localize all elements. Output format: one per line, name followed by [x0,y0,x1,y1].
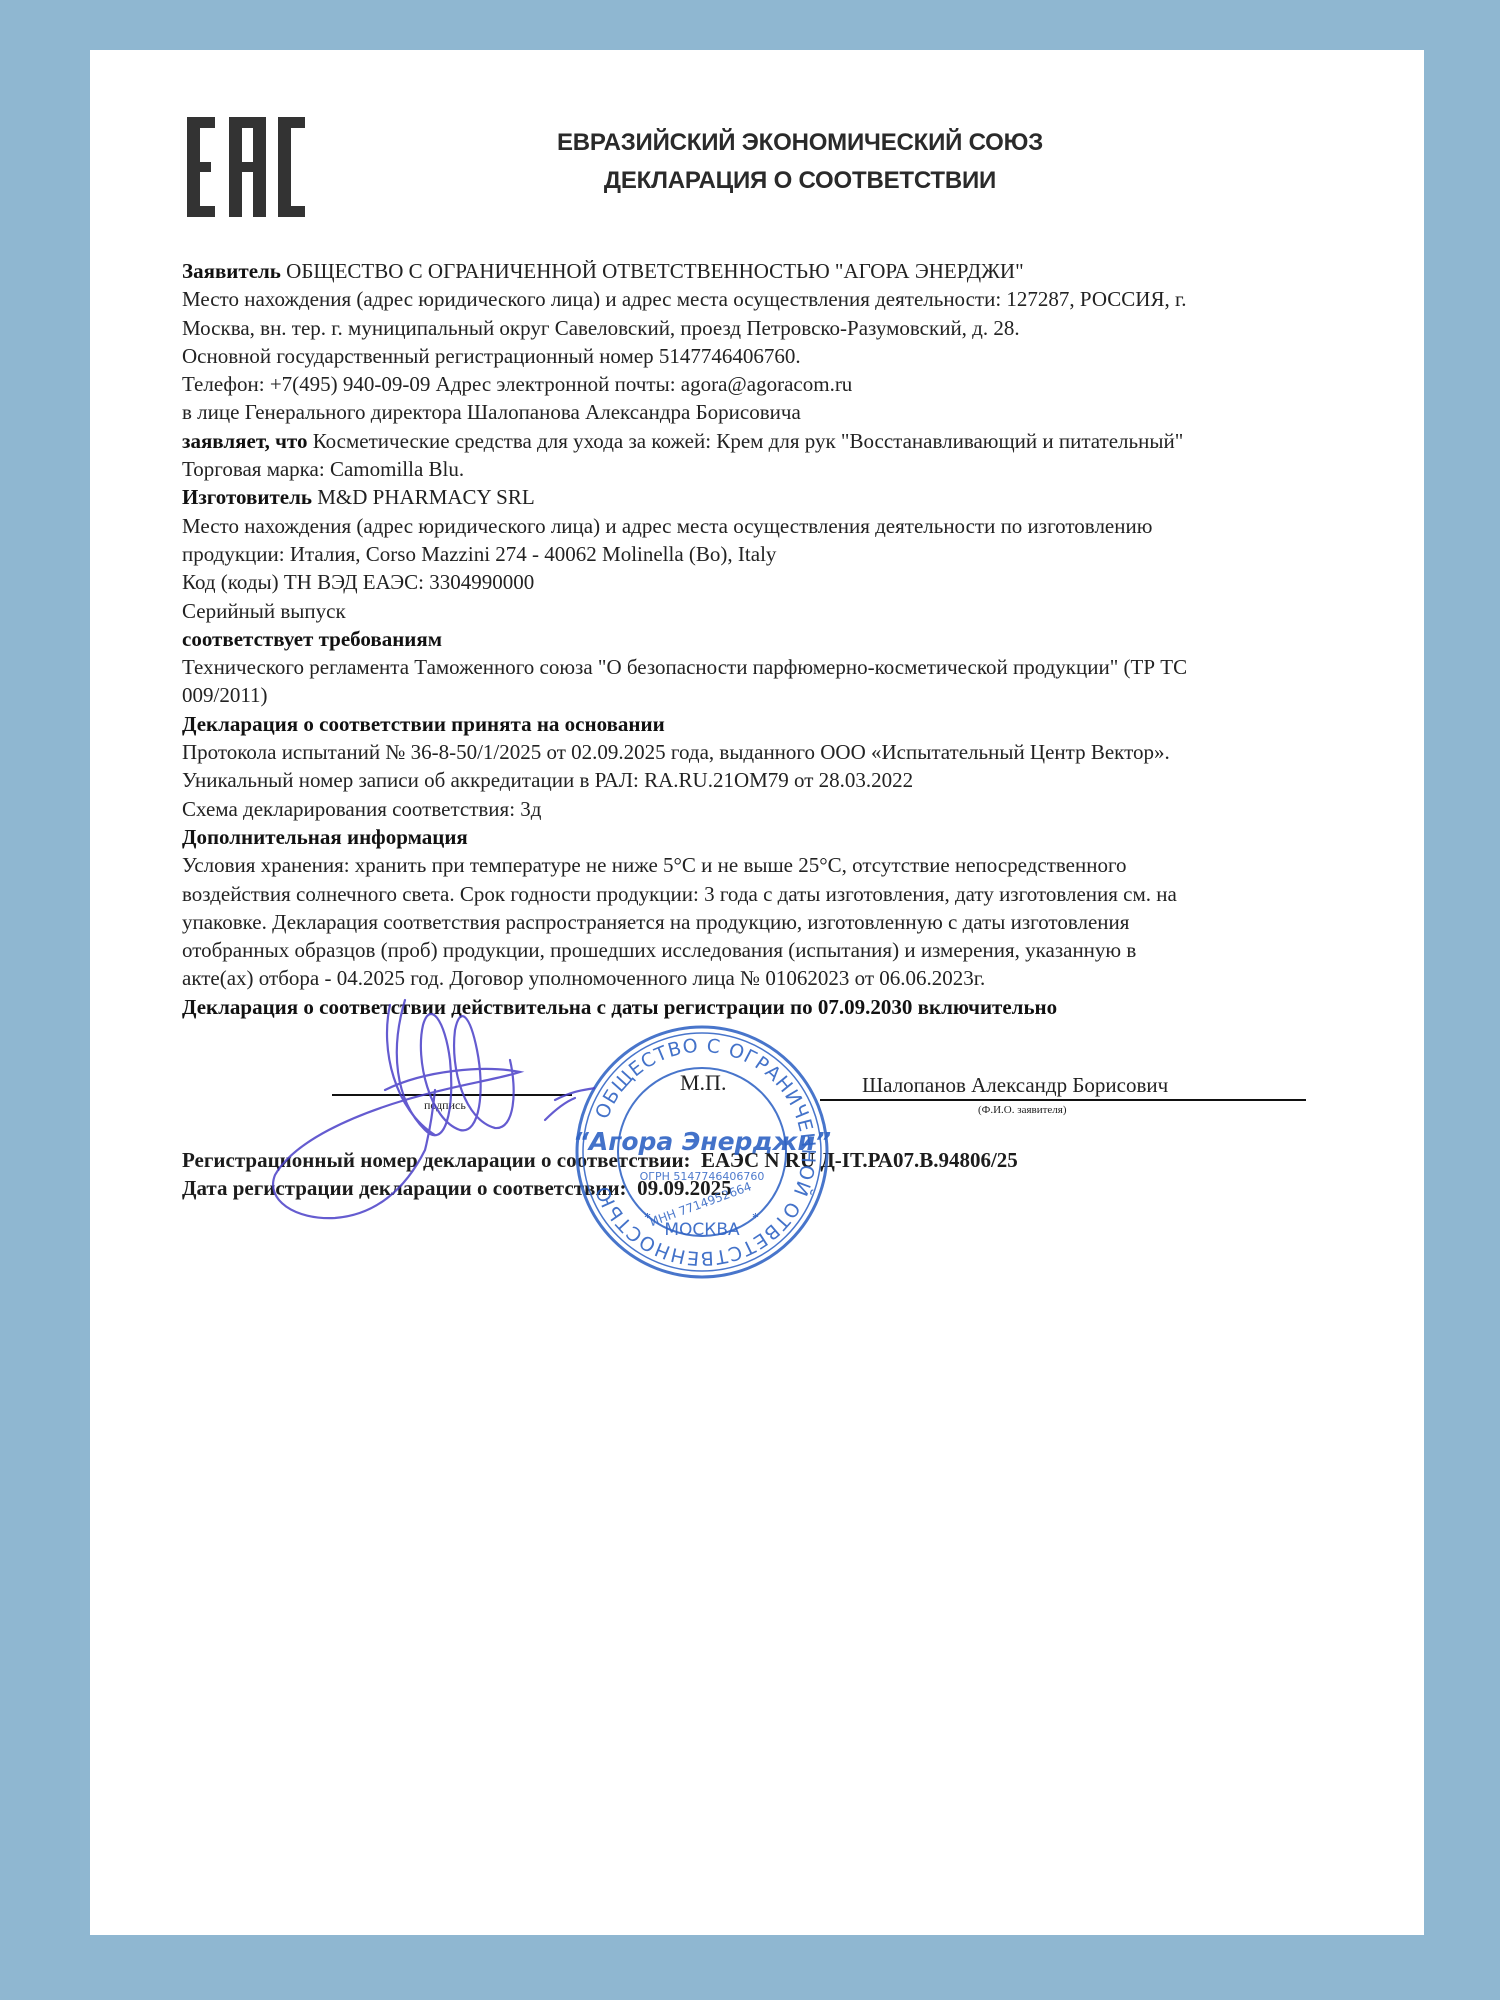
basis-label: Декларация о соответствии принята на осн… [182,712,665,736]
declaration-scheme: Схема декларирования соответствия: 3д [182,795,1332,823]
signature-line [332,1094,572,1096]
signer-name-line [820,1099,1306,1101]
product-line: заявляет, что Косметические средства для… [182,427,1332,455]
registration-number: ЕАЭС N RU Д-IT.РА07.В.94806/25 [701,1148,1018,1172]
seal-label: М.П. [680,1070,726,1096]
applicant-label: Заявитель [182,259,281,283]
regulation-1: Технического регламента Таможенного союз… [182,653,1332,681]
signature-caption: подпись [424,1098,466,1113]
additional-info-4: отобранных образцов (проб) продукции, пр… [182,936,1332,964]
manufacturer-line: Изготовитель M&D PHARMACY SRL [182,483,1332,511]
registration-block: Регистрационный номер декларации о соотв… [182,1146,1018,1202]
applicant-representative: в лице Генерального директора Шалопанова… [182,398,1332,426]
additional-heading: Дополнительная информация [182,823,1332,851]
additional-info-1: Условия хранения: хранить при температур… [182,851,1332,879]
regulation-2: 009/2011) [182,681,1332,709]
registration-number-line: Регистрационный номер декларации о соотв… [182,1146,1018,1174]
signer-name: Шалопанов Александр Борисович [862,1073,1168,1098]
applicant-address-2: Москва, вн. тер. г. муниципальный округ … [182,314,1332,342]
registration-date-label: Дата регистрации декларации о соответств… [182,1176,627,1200]
product-description: Косметические средства для ухода за коже… [313,429,1184,453]
applicant-ogrn: Основной государственный регистрационный… [182,342,1332,370]
conforms-label: соответствует требованиям [182,627,442,651]
validity-line: Декларация о соответствии действительна … [182,993,1332,1021]
manufacturer-address-2: продукции: Италия, Corso Mazzini 274 - 4… [182,540,1332,568]
manufacturer-address-1: Место нахождения (адрес юридического лиц… [182,512,1332,540]
declares-label: заявляет, что [182,429,307,453]
manufacturer-name: M&D PHARMACY SRL [317,485,534,509]
registration-number-label: Регистрационный номер декларации о соотв… [182,1148,691,1172]
basis-accreditation: Уникальный номер записи об аккредитации … [182,766,1332,794]
applicant-address-1: Место нахождения (адрес юридического лиц… [182,285,1332,313]
title-declaration: ДЕКЛАРАЦИЯ О СООТВЕТСТВИИ [480,162,1120,200]
manufacturer-label: Изготовитель [182,485,312,509]
tn-ved-code: Код (коды) ТН ВЭД ЕАЭС: 3304990000 [182,568,1332,596]
basis-protocol: Протокола испытаний № 36-8-50/1/2025 от … [182,738,1332,766]
applicant-line: Заявитель ОБЩЕСТВО С ОГРАНИЧЕННОЙ ОТВЕТС… [182,257,1332,285]
additional-info-2: воздействия солнечного света. Срок годно… [182,880,1332,908]
eac-logo-icon [187,117,305,217]
conforms-heading: соответствует требованиям [182,625,1332,653]
basis-heading: Декларация о соответствии принята на осн… [182,710,1332,738]
applicant-name: ОБЩЕСТВО С ОГРАНИЧЕННОЙ ОТВЕТСТВЕННОСТЬЮ… [286,259,1024,283]
signer-caption: (Ф.И.О. заявителя) [978,1104,1067,1116]
validity: Декларация о соответствии действительна … [182,995,1057,1019]
applicant-contacts: Телефон: +7(495) 940-09-09 Адрес электро… [182,370,1332,398]
title-union: ЕВРАЗИЙСКИЙ ЭКОНОМИЧЕСКИЙ СОЮЗ [480,124,1120,162]
additional-info-3: упаковке. Декларация соответствия распро… [182,908,1332,936]
registration-date-line: Дата регистрации декларации о соответств… [182,1174,1018,1202]
trademark: Торговая марка: Camomilla Blu. [182,455,1332,483]
declaration-body: Заявитель ОБЩЕСТВО С ОГРАНИЧЕННОЙ ОТВЕТС… [182,257,1332,1021]
additional-label: Дополнительная информация [182,825,468,849]
additional-info-5: акте(ах) отбора - 04.2025 год. Договор у… [182,964,1332,992]
registration-date: 09.09.2025 [637,1176,732,1200]
document-title: ЕВРАЗИЙСКИЙ ЭКОНОМИЧЕСКИЙ СОЮЗ ДЕКЛАРАЦИ… [480,124,1120,200]
release-type: Серийный выпуск [182,597,1332,625]
